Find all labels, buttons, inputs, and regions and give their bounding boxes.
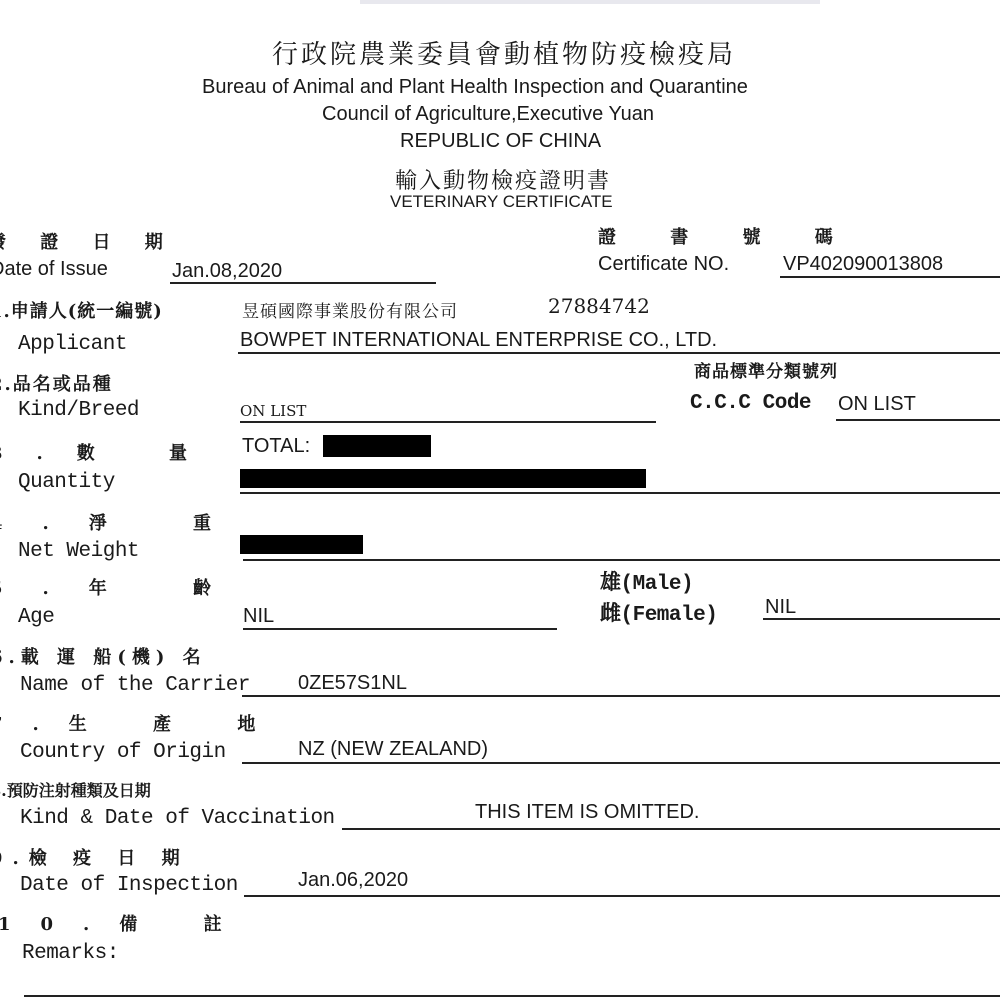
certificate-no-label-cn: 證 書 號 碼 <box>598 223 857 249</box>
date-of-issue-label: Date of Issue <box>0 258 108 281</box>
age-label: Age <box>18 606 54 629</box>
quantity-label: Quantity <box>18 471 115 494</box>
date-of-issue-label-cn: 發 證 日 期 <box>0 228 177 254</box>
age-label-cn: 5.年 齡 <box>0 574 251 600</box>
scan-artifact <box>360 0 820 4</box>
country-name: REPUBLIC OF CHINA <box>400 130 601 153</box>
sex-value: NIL <box>765 596 796 619</box>
doc-title-cn: 輸入動物檢疫證明書 <box>395 164 611 195</box>
ccc-code-label: C.C.C Code <box>690 392 811 415</box>
net-weight-redaction <box>240 535 363 554</box>
carrier-label: Name of the Carrier <box>20 674 250 697</box>
vaccination-label: Kind & Date of Vaccination <box>20 807 335 830</box>
applicant-label-cn: 1.申請人(統一編號) <box>0 297 163 323</box>
net-weight-label-cn: 4.淨 重 <box>0 509 251 535</box>
inspection-date-label-cn: 9.檢 疫 日 期 <box>0 844 190 870</box>
applicant-label: Applicant <box>18 333 127 356</box>
carrier-value: 0ZE57S1NL <box>298 672 407 695</box>
remarks-label: Remarks: <box>22 942 119 965</box>
inspection-date-value: Jan.06,2020 <box>298 869 408 892</box>
vaccination-value: THIS ITEM IS OMITTED. <box>475 801 699 824</box>
quantity-label-cn: 3.數 量 <box>0 439 221 465</box>
vaccination-label-cn: 8.預防注射種類及日期 <box>0 778 151 801</box>
female-label: 雌(Female) <box>600 597 717 627</box>
kind-breed-value: ON LIST <box>240 402 306 420</box>
council-name: Council of Agriculture,Executive Yuan <box>322 103 654 126</box>
agency-name-en: Bureau of Animal and Plant Health Inspec… <box>202 76 748 99</box>
kind-breed-label: Kind/Breed <box>18 399 139 422</box>
kind-breed-label-cn: 2.品名或品種 <box>0 370 113 396</box>
quantity-prefix: TOTAL: <box>242 435 310 458</box>
inspection-date-label: Date of Inspection <box>20 874 238 897</box>
age-value: NIL <box>243 605 274 628</box>
ccc-code-label-cn: 商品標準分類號列 <box>694 357 838 382</box>
doc-title-en: VETERINARY CERTIFICATE <box>390 192 613 212</box>
ccc-code-value: ON LIST <box>838 393 916 416</box>
carrier-label-cn: 6.載 運 船(機) 名 <box>0 643 207 669</box>
male-label: 雄(Male) <box>600 566 693 596</box>
applicant-tax-id: 27884742 <box>548 294 650 318</box>
applicant-name-cn: 昱碩國際事業股份有限公司 <box>242 297 458 322</box>
origin-label: Country of Origin <box>20 741 226 764</box>
applicant-name-en: BOWPET INTERNATIONAL ENTERPRISE CO., LTD… <box>240 329 717 352</box>
quantity-redaction <box>240 469 646 488</box>
origin-value: NZ (NEW ZEALAND) <box>298 738 488 761</box>
quantity-total-redaction <box>323 435 431 457</box>
remarks-label-cn: 10.備 註 <box>0 910 252 936</box>
certificate-no-value: VP402090013808 <box>783 253 943 276</box>
agency-name-cn: 行政院農業委員會動植物防疫檢疫局 <box>272 34 736 71</box>
net-weight-label: Net Weight <box>18 540 139 563</box>
date-of-issue-value: Jan.08,2020 <box>172 260 282 283</box>
origin-label-cn: 7.生 產 地 <box>0 710 285 736</box>
certificate-no-label: Certificate NO. <box>598 253 729 276</box>
